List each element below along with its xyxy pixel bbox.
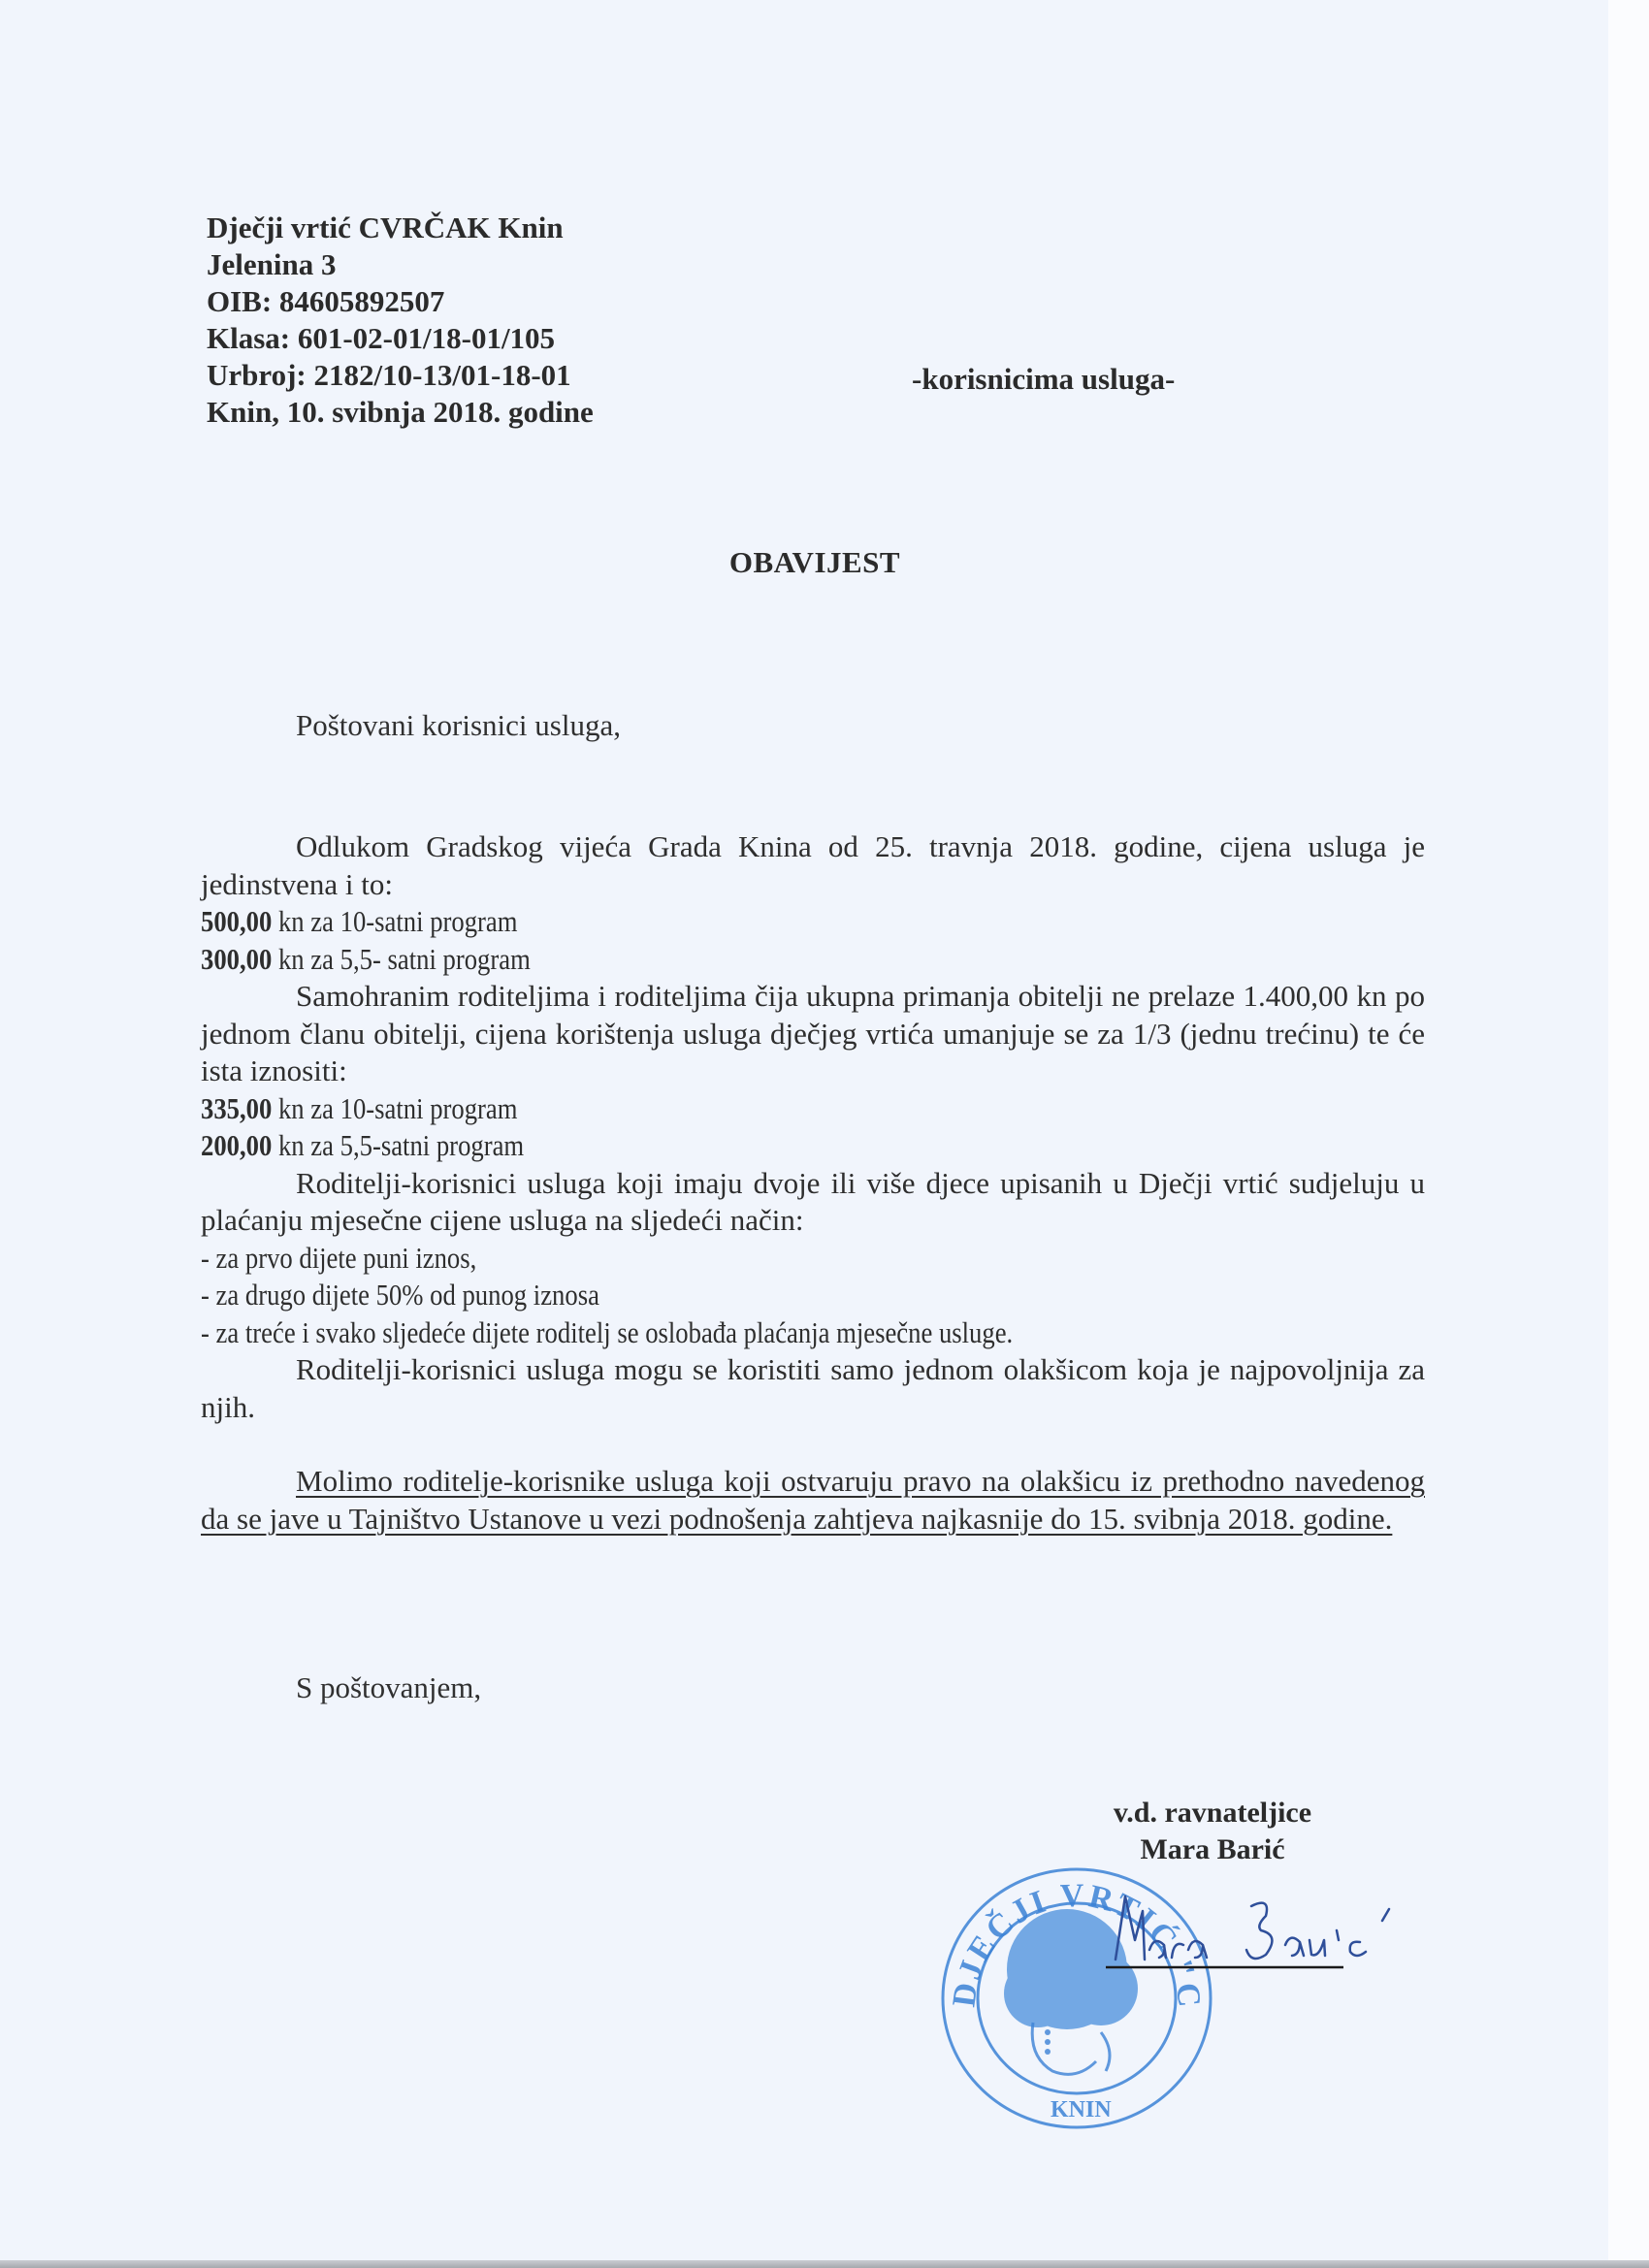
signature-block: v.d. ravnateljice Mara Barić xyxy=(1086,1795,1339,1868)
document-body: Odlukom Gradskog vijeća Grada Knina od 2… xyxy=(201,828,1425,1538)
decision-intro: Odlukom Gradskog vijeća Grada Knina od 2… xyxy=(201,828,1425,903)
institution-address: Jelenina 3 xyxy=(207,246,594,283)
svg-text:KNIN: KNIN xyxy=(1051,2097,1112,2122)
single-discount-note: Roditelji-korisnici usluga mogu se koris… xyxy=(201,1351,1425,1426)
letterhead: Dječji vrtić CVRČAK Knin Jelenina 3 OIB:… xyxy=(207,210,594,431)
sibling-rule: - za drugo dijete 50% od punog iznosa xyxy=(201,1277,1425,1314)
price-amount: 500,00 xyxy=(201,904,272,938)
klasa: Klasa: 601-02-01/18-01/105 xyxy=(207,320,594,357)
signatory-role: v.d. ravnateljice xyxy=(1086,1795,1339,1831)
reduced-price-5h: 200,00 kn za 5,5-satni program xyxy=(201,1127,1425,1165)
handwritten-signature-icon xyxy=(1106,1892,1426,1979)
standard-price-5h: 300,00 kn za 5,5- satni program xyxy=(201,941,1425,979)
sibling-rule: - za treće i svako sljedeće dijete rodit… xyxy=(201,1314,1425,1352)
reduction-text: Samohranim roditeljima i roditeljima čij… xyxy=(201,978,1425,1090)
scan-edge xyxy=(0,2260,1649,2268)
standard-price-10h: 500,00 kn za 10-satni program xyxy=(201,903,1425,941)
request-note: Molimo roditelje-korisnike usluga koji o… xyxy=(201,1463,1425,1538)
sibling-rule: - za prvo dijete puni iznos, xyxy=(201,1240,1425,1278)
oib: OIB: 84605892507 xyxy=(207,283,594,320)
place-date: Knin, 10. svibnja 2018. godine xyxy=(207,394,594,431)
price-amount: 300,00 xyxy=(201,942,272,976)
siblings-intro: Roditelji-korisnici usluga koji imaju dv… xyxy=(201,1165,1425,1240)
closing: S poštovanjem, xyxy=(296,1670,481,1705)
price-amount: 335,00 xyxy=(201,1091,272,1125)
reduced-price-10h: 335,00 kn za 10-satni program xyxy=(201,1090,1425,1128)
greeting: Poštovani korisnici usluga, xyxy=(296,708,621,743)
institution-name: Dječji vrtić CVRČAK Knin xyxy=(207,210,594,246)
price-amount: 200,00 xyxy=(201,1128,272,1162)
document-title: OBAVIJEST xyxy=(0,545,1630,580)
urbroj: Urbroj: 2182/10-13/01-18-01 xyxy=(207,357,594,394)
recipient: -korisnicima usluga- xyxy=(912,362,1175,397)
